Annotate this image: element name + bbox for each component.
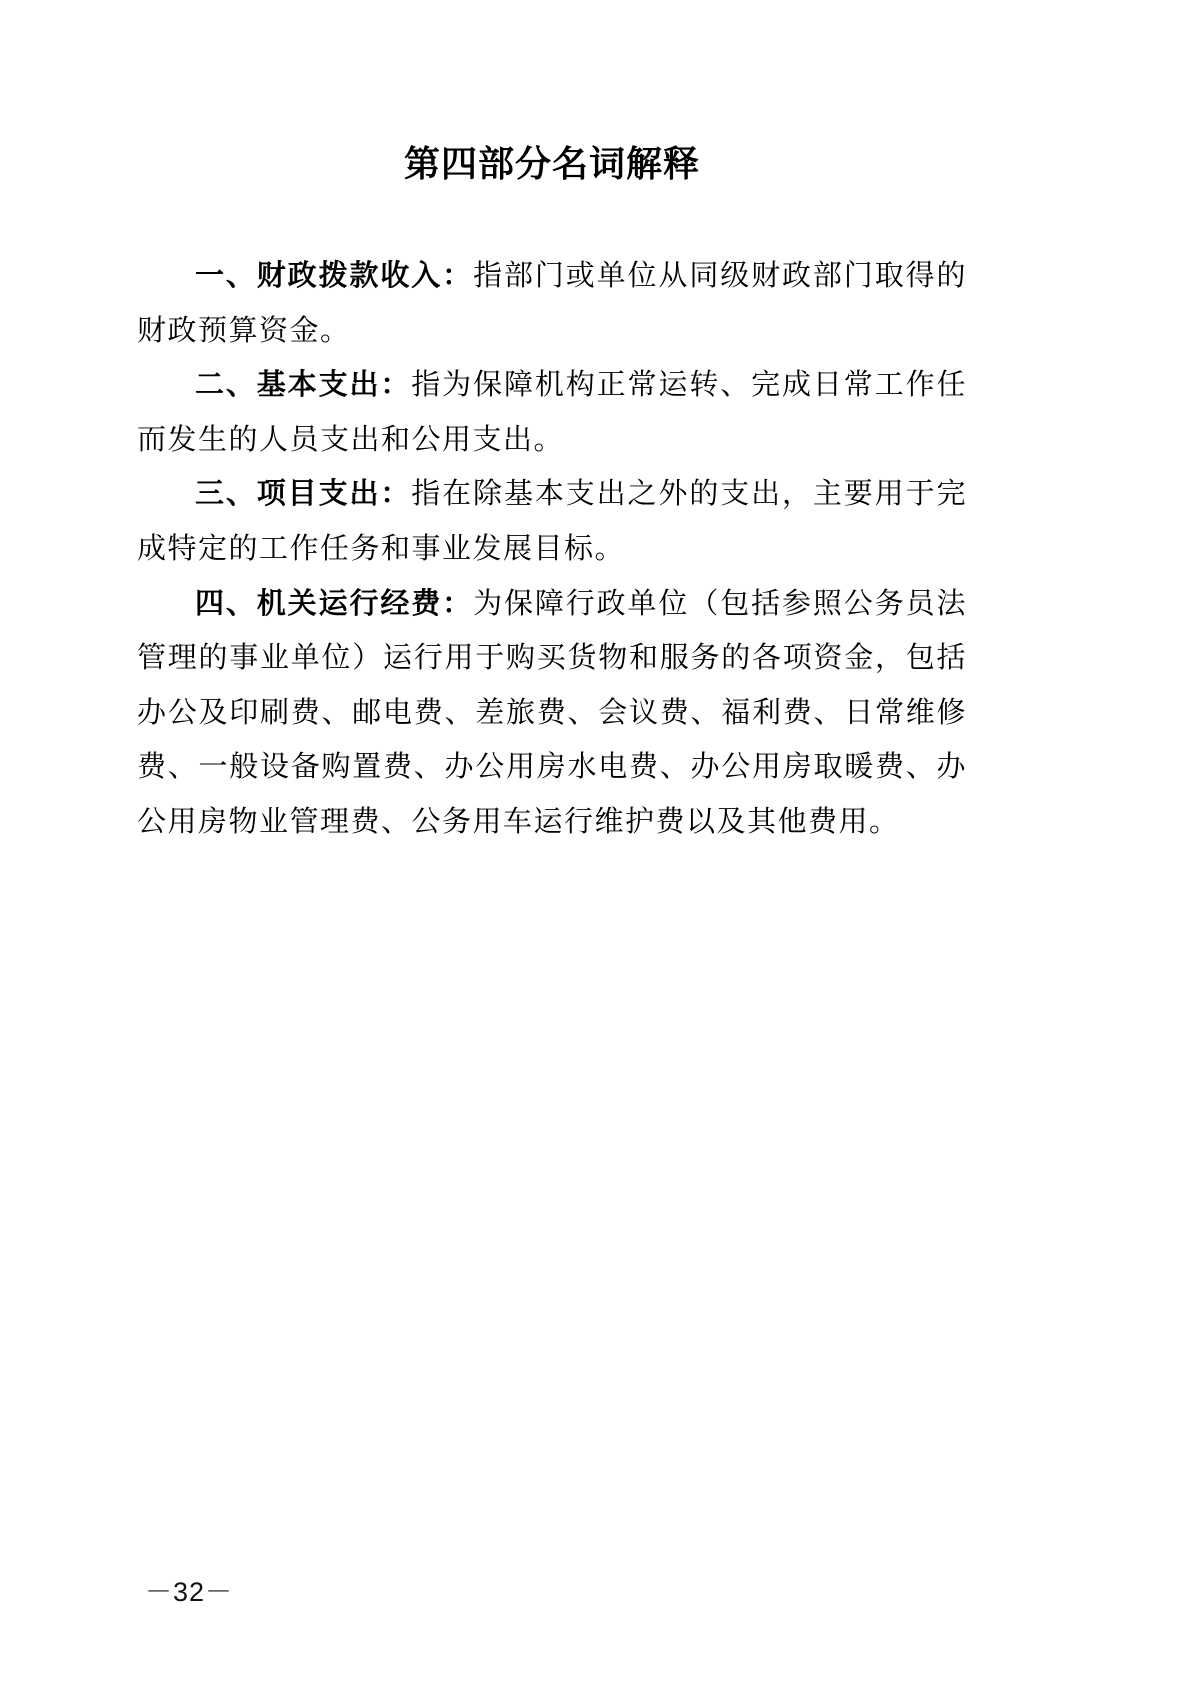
definition-project-expenditure: 三、项目支出：指在除基本支出之外的支出，主要用于完成特定的工作任务和事业发展目标… [137, 467, 967, 576]
definition-agency-operating-funds: 四、机关运行经费：为保障行政单位（包括参照公务员法管理的事业单位）运行用于购买货… [137, 577, 967, 850]
term-label: 一、财政拨款收入： [195, 260, 473, 292]
definition-fiscal-appropriation-income: 一、财政拨款收入：指部门或单位从同级财政部门取得的财政预算资金。 [137, 249, 967, 358]
page-title: 第四部分名词解释 [137, 141, 967, 187]
definition-basic-expenditure: 二、基本支出：指为保障机构正常运转、完成日常工作任而发生的人员支出和公用支出。 [137, 358, 967, 467]
definitions-list: 一、财政拨款收入：指部门或单位从同级财政部门取得的财政预算资金。 二、基本支出：… [137, 249, 967, 850]
page-number: －32－ [145, 1576, 233, 1608]
term-label: 四、机关运行经费： [195, 588, 473, 620]
document-page: 第四部分名词解释 一、财政拨款收入：指部门或单位从同级财政部门取得的财政预算资金… [0, 0, 1190, 1683]
term-label: 三、项目支出： [195, 478, 411, 510]
content-area: 第四部分名词解释 一、财政拨款收入：指部门或单位从同级财政部门取得的财政预算资金… [137, 141, 967, 850]
term-definition: 为保障行政单位（包括参照公务员法管理的事业单位）运行用于购买货物和服务的各项资金… [137, 588, 967, 838]
term-label: 二、基本支出： [195, 369, 411, 401]
